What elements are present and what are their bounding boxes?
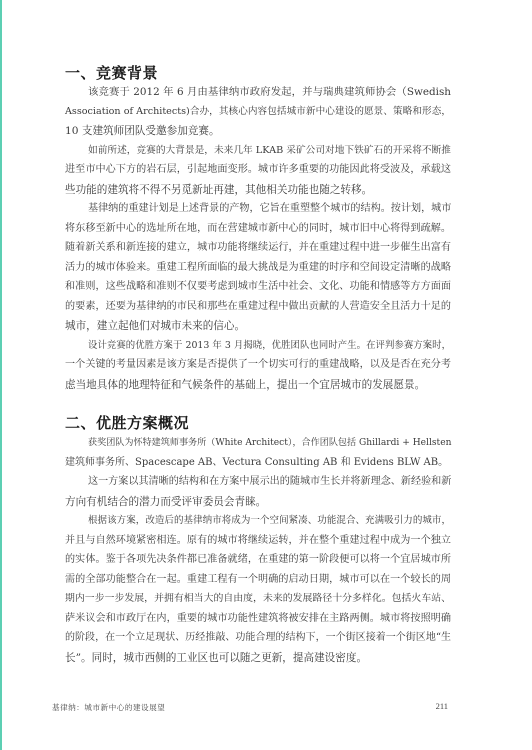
text-line: 进至市中心下方的岩石层，引起地面变形。城市许多重要的功能因此将受波及，承载这 <box>65 163 451 177</box>
text-line: 的实体。鉴于各项先决条件都已准备就绪，在重建的第一阶段便可以将一个宜居城市所 <box>65 553 451 567</box>
text-line: 该竞赛于 2012 年 6 月由基律纳市政府发起，并与瑞典建筑师协会（Swedi… <box>88 85 451 99</box>
text-line: 的阶段，在一个立足现状、历经推敲、功能合理的结构下，一个街区接着一个街区地“生 <box>65 631 451 645</box>
text-line: 期内一步一步发展，并拥有相当大的自由度，未来的发展路径十分多样化。包括火车站、 <box>65 592 451 606</box>
page-number: 211 <box>420 701 448 711</box>
text-line: 长”。同时，城市西侧的工业区也可以随之更新，提高建设密度。 <box>65 651 451 665</box>
text-line: 虑当地具体的地理特征和气候条件的基础上，提出一个宜居城市的发展愿景。 <box>65 378 451 392</box>
text-line: 城市，建立起他们对城市未来的信心。 <box>65 319 451 333</box>
text-line: 活力的城市体验来。重建工程所面临的最大挑战是为重建的时序和空间设定清晰的战略 <box>65 261 451 275</box>
text-line: 方向有机结合的潜力而受评审委员会青睐。 <box>65 495 451 509</box>
running-footer-title: 基律纳：城市新中心的建设展望 <box>52 702 165 713</box>
text-line: 根据该方案，改造后的基律纳市将成为一个空间紧凑、功能混合、充满吸引力的城市， <box>88 514 451 528</box>
text-line: 些功能的建筑将不得不另觅新址再建，其他相关功能也随之转移。 <box>65 183 451 197</box>
page-edge-rule <box>0 0 2 750</box>
text-line: 10 支建筑师团队受邀参加竞赛。 <box>65 124 451 138</box>
text-line: 萨米议会和市政厅在内，重要的城市功能性建筑将被安排在主路两侧。城市将按照明确 <box>65 612 451 626</box>
section-heading-winning-scheme-overview: 二、优胜方案概况 <box>65 412 189 433</box>
text-line: 随着新关系和新连接的建立，城市功能将继续运行，并在重建过程中进一步催生出富有 <box>65 241 451 255</box>
text-line: 将东移至新中心的选址所在地，而在营建城市新中心的同时，城市旧中心将得到疏解。 <box>65 222 451 236</box>
text-line: 并且与自然环境紧密相连。原有的城市将继续运转，并在整个重建过程中成为一个独立 <box>65 534 451 548</box>
text-line: 基律纳的重建计划是上述背景的产物，它旨在重塑整个城市的结构。按计划，城市 <box>88 202 451 216</box>
text-line: 建筑师事务所、Spacescape AB、Vectura Consulting … <box>65 456 451 470</box>
text-line: 设计竞赛的优胜方案于 2013 年 3 月揭晓，优胜团队也同时产生。在评判参赛方… <box>88 339 451 353</box>
text-line: 一个关键的考量因素是该方案是否提供了一个切实可行的重建战略，以及是否在充分考 <box>65 358 451 372</box>
text-line: 的要素，还要为基律纳的市民和那些在重建过程中做出贡献的人营造安全且活力十足的 <box>65 300 451 314</box>
text-line: 获奖团队为怀特建筑师事务所（White Architect），合作团队包括 Gh… <box>88 436 451 450</box>
text-line: 和准则，这些战略和准则不仅要考虑到城市生活中社会、文化、功能和情感等方方面面 <box>65 280 451 294</box>
text-line: 如前所述，竞赛的大背景是，未来几年 LKAB 采矿公司对地下铁矿石的开采将不断推 <box>88 144 451 158</box>
text-line: 这一方案以其清晰的结构和在方案中展示出的随城市生长并将新理念、新经验和新 <box>88 475 451 489</box>
text-line: 需的全部功能整合在一起。重建工程有一个明确的启动日期，城市可以在一个较长的周 <box>65 573 451 587</box>
text-line: Association of Architects)合办，其核心内容包括城市新中… <box>65 105 451 119</box>
section-heading-competition-background: 一、竞赛背景 <box>65 62 158 83</box>
